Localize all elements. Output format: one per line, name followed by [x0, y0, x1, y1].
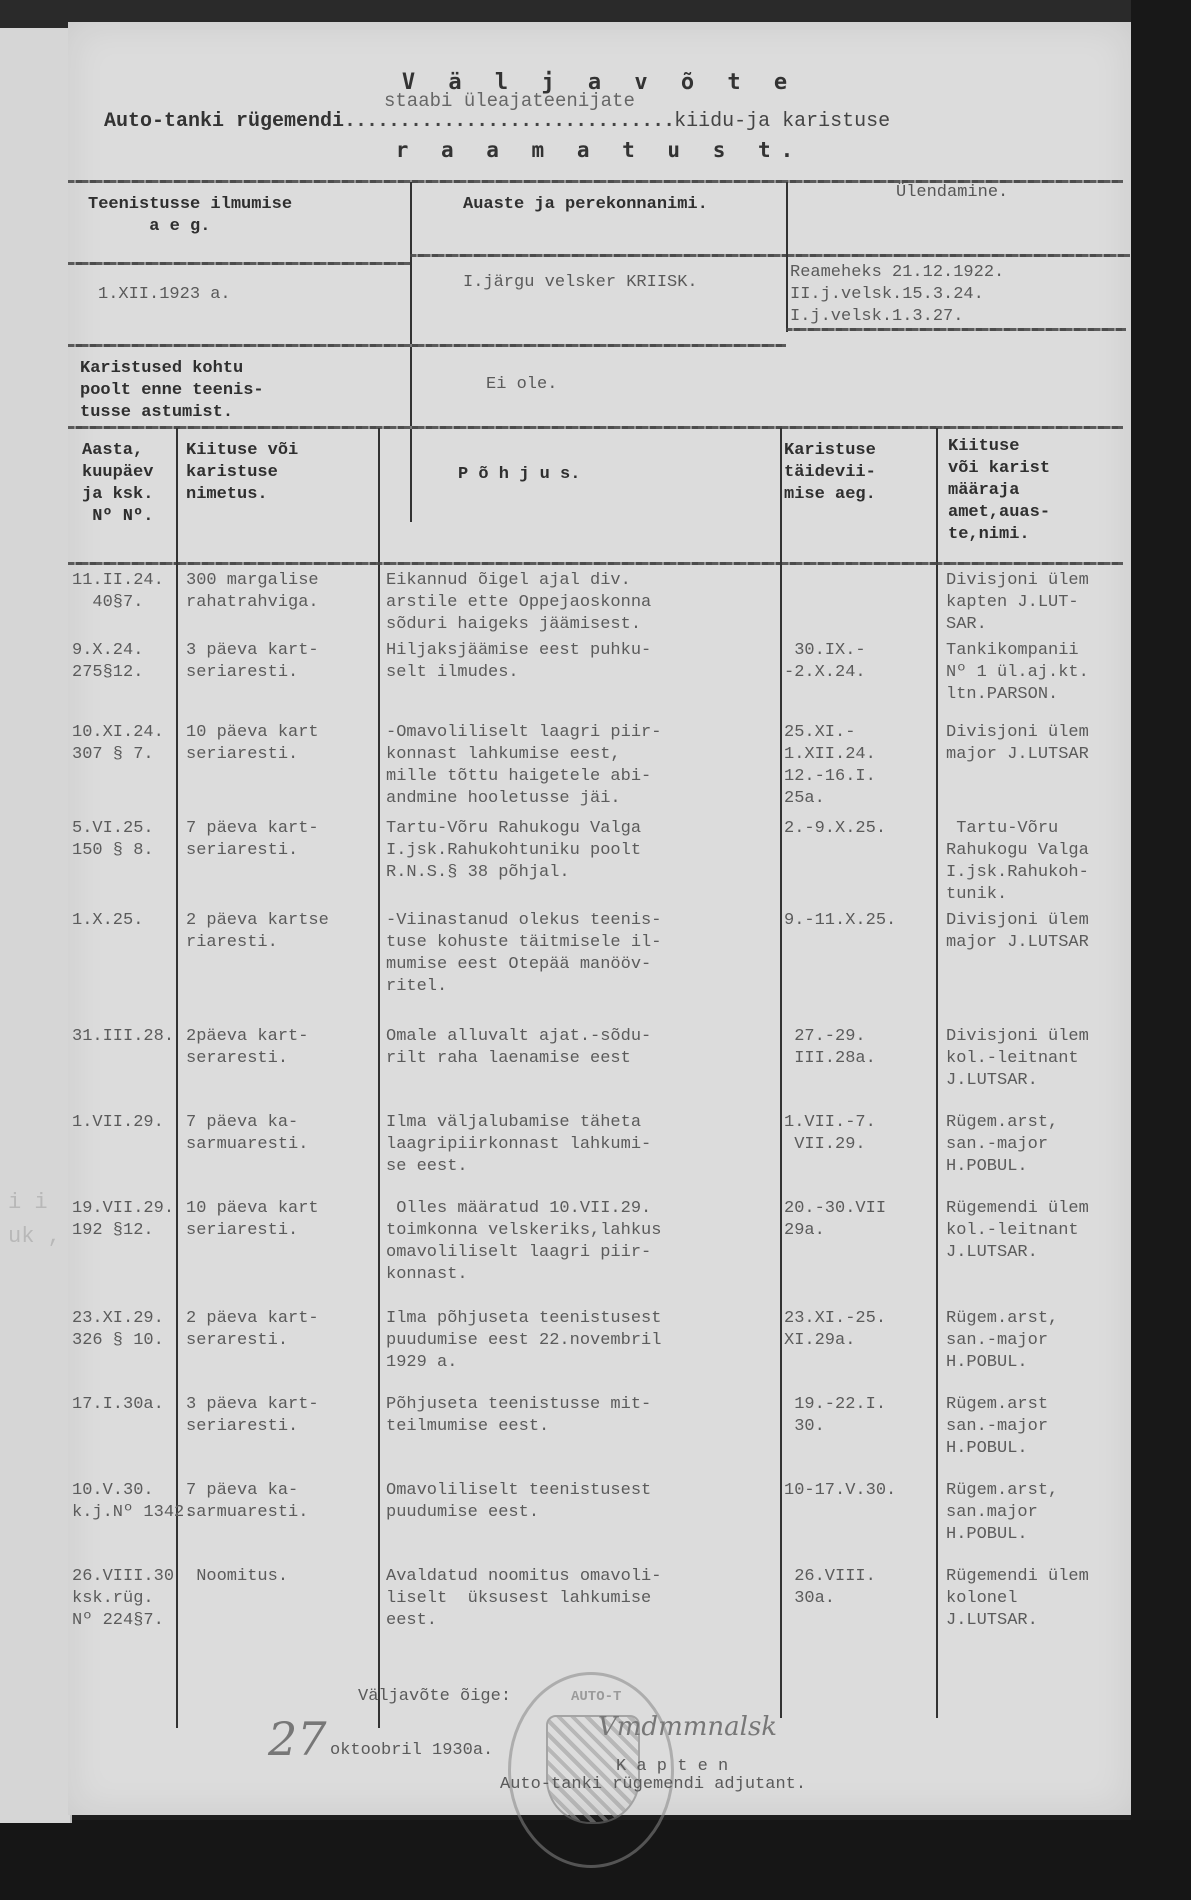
- row-type: 2 päeva kart- seraresti.: [186, 1308, 319, 1352]
- row-date: 10.XI.24. 307 § 7.: [72, 722, 164, 766]
- column-header-date: Aasta, kuupäev ja ksk. Nº Nº.: [82, 440, 153, 528]
- row-date: 11.II.24. 40§7.: [72, 570, 164, 614]
- row-type: 3 päeva kart- seriaresti.: [186, 1394, 319, 1438]
- row-reason: Hiljaksjäämise eest puhku- selt ilmudes.: [386, 640, 651, 684]
- row-executed: 10-17.V.30.: [784, 1480, 896, 1502]
- row-type: 7 päeva ka- sarmuaresti.: [186, 1112, 308, 1156]
- column-divider: [786, 182, 788, 332]
- prior-penalties-label: Karistused kohtu poolt enne teenis- tuss…: [80, 358, 264, 424]
- row-issuer: Rügemendi ülem kol.-leitnant J.LUTSAR.: [946, 1198, 1089, 1264]
- row-reason: Tartu-Võru Rahukogu Valga I.jsk.Rahukoht…: [386, 818, 641, 884]
- dotted-fill: ..............................: [344, 110, 674, 133]
- row-type: 3 päeva kart- seriaresti.: [186, 640, 319, 684]
- document-subtitle: Auto-tanki rügemendi....................…: [104, 110, 890, 133]
- stamp-text-top: AUTO-T: [571, 1689, 621, 1705]
- row-date: 17.I.30a.: [72, 1394, 164, 1416]
- rule: [68, 562, 1123, 565]
- row-reason: Eikannud õigel ajal div. arstile ette Op…: [386, 570, 651, 636]
- row-executed: 20.-30.VII 29a.: [784, 1198, 886, 1242]
- rank-name-value: I.järgu velsker KRIISK.: [463, 272, 698, 294]
- row-issuer: Rügem.arst, san.-major H.POBUL.: [946, 1112, 1058, 1178]
- bleed-through-text: i i: [8, 1190, 48, 1215]
- promotions-value: Reameheks 21.12.1922. II.j.velsk.15.3.24…: [790, 262, 1004, 328]
- row-executed: 19.-22.I. 30.: [784, 1394, 886, 1438]
- row-issuer: Tankikompanii Nº 1 ül.aj.kt. ltn.PARSON.: [946, 640, 1089, 706]
- header-promotions: Ülendamine.: [896, 182, 1008, 204]
- service-date-value: 1.XII.1923 a.: [98, 284, 231, 306]
- header-service-date: Teenistusse ilmumise a e g.: [88, 194, 292, 238]
- row-reason: -Viinastanud olekus teenis- tuse kohuste…: [386, 910, 661, 998]
- book-type: kiidu-ja karistuse: [674, 110, 890, 133]
- row-issuer: Rügem.arst, san.-major H.POBUL.: [946, 1308, 1058, 1374]
- row-executed: 25.XI.- 1.XII.24. 12.-16.I. 25a.: [784, 722, 876, 810]
- row-executed: 1.VII.-7. VII.29.: [784, 1112, 876, 1156]
- row-reason: Põhjuseta teenistusse mit- teilmumise ee…: [386, 1394, 651, 1438]
- row-reason: Avaldatud noomitus omavoli- liselt üksus…: [386, 1566, 661, 1632]
- row-executed: 26.VIII. 30a.: [784, 1566, 876, 1610]
- row-issuer: Divisjoni ülem kapten J.LUT- SAR.: [946, 570, 1089, 636]
- row-executed: 2.-9.X.25.: [784, 818, 886, 840]
- certification-date: oktoobril 1930a.: [330, 1740, 493, 1762]
- row-date: 1.VII.29.: [72, 1112, 164, 1134]
- row-reason: Omale alluvalt ajat.-sõdu- rilt raha lae…: [386, 1026, 651, 1070]
- column-divider: [176, 428, 178, 1728]
- row-executed: 9.-11.X.25.: [784, 910, 896, 932]
- row-date: 23.XI.29. 326 § 10.: [72, 1308, 164, 1352]
- rule: [68, 426, 1123, 429]
- rule: [786, 328, 1126, 331]
- binder-cover: [1131, 0, 1191, 1900]
- document-title-2: r a a m a t u s t.: [68, 138, 1131, 162]
- row-date: 19.VII.29. 192 §12.: [72, 1198, 174, 1242]
- row-issuer: Rügemendi ülem kolonel J.LUTSAR.: [946, 1566, 1089, 1632]
- signer-position: Auto-tanki rügemendi adjutant.: [500, 1774, 806, 1796]
- document-page: V ä l j a v õ t e Auto-tanki rügemendi..…: [68, 22, 1131, 1815]
- column-divider: [780, 428, 782, 1718]
- rule: [68, 344, 786, 347]
- column-divider: [410, 182, 412, 522]
- handwritten-day: 27: [268, 1712, 327, 1766]
- prior-penalties-value: Ei ole.: [486, 374, 557, 396]
- rule: [410, 254, 1130, 257]
- row-type: Noomitus.: [186, 1566, 288, 1588]
- column-header-issuer: Kiituse või karist määraja amet,auas- te…: [948, 436, 1050, 546]
- row-date: 26.VIII.30 ksk.rüg. Nº 224§7.: [72, 1566, 174, 1632]
- row-date: 1.X.25.: [72, 910, 143, 932]
- row-reason: Ilma väljalubamise täheta laagripiirkonn…: [386, 1112, 651, 1178]
- column-header-type: Kiituse või karistuse nimetus.: [186, 440, 298, 506]
- column-header-reason: P õ h j u s.: [458, 464, 580, 486]
- unit-prefix: Auto-tanki rügemendi: [104, 110, 344, 133]
- signature: Vmdmmnalsk: [598, 1712, 777, 1742]
- row-issuer: Divisjoni ülem kol.-leitnant J.LUTSAR.: [946, 1026, 1089, 1092]
- row-type: 7 päeva kart- seriaresti.: [186, 818, 319, 862]
- row-date: 10.V.30. k.j.Nº 1342.: [72, 1480, 194, 1524]
- row-date: 5.VI.25. 150 § 8.: [72, 818, 154, 862]
- row-type: 2 päeva kartse riaresti.: [186, 910, 329, 954]
- row-issuer: Tartu-Võru Rahukogu Valga I.jsk.Rahukoh-…: [946, 818, 1089, 906]
- row-executed: 30.IX.- -2.X.24.: [784, 640, 866, 684]
- row-issuer: Rügem.arst, san.major H.POBUL.: [946, 1480, 1058, 1546]
- certified-label: Väljavõte õige:: [358, 1686, 511, 1708]
- left-page-edge: i i uk ,: [0, 28, 72, 1823]
- row-executed: 27.-29. III.28a.: [784, 1026, 876, 1070]
- row-date: 31.III.28.: [72, 1026, 174, 1048]
- row-issuer: Rügem.arst san.-major H.POBUL.: [946, 1394, 1048, 1460]
- row-type: 300 margalise rahatrahviga.: [186, 570, 319, 614]
- bleed-through-text: uk ,: [8, 1224, 61, 1249]
- row-type: 7 päeva ka- sarmuaresti.: [186, 1480, 308, 1524]
- column-header-executed: Karistuse täidevii- mise aeg.: [784, 440, 876, 506]
- column-divider: [378, 428, 380, 1728]
- typed-insert: staabi üleajateenijate: [384, 90, 635, 112]
- row-issuer: Divisjoni ülem major J.LUTSAR: [946, 910, 1089, 954]
- row-type: 2päeva kart- seraresti.: [186, 1026, 308, 1070]
- row-issuer: Divisjoni ülem major J.LUTSAR: [946, 722, 1089, 766]
- row-reason: Omavoliliselt teenistusest puudumise ees…: [386, 1480, 651, 1524]
- row-date: 9.X.24. 275§12.: [72, 640, 143, 684]
- row-reason: Ilma põhjuseta teenistusest puudumise ee…: [386, 1308, 661, 1374]
- rule: [68, 262, 410, 265]
- row-reason: Olles määratud 10.VII.29. toimkonna vels…: [386, 1198, 661, 1286]
- header-rank-name: Auaste ja perekonnanimi.: [463, 194, 708, 216]
- row-reason: -Omavoliliselt laagri piir- konnast lahk…: [386, 722, 661, 810]
- row-type: 10 päeva kart seriaresti.: [186, 1198, 319, 1242]
- row-executed: 23.XI.-25. XI.29a.: [784, 1308, 886, 1352]
- column-divider: [936, 428, 938, 1718]
- row-type: 10 päeva kart seriaresti.: [186, 722, 319, 766]
